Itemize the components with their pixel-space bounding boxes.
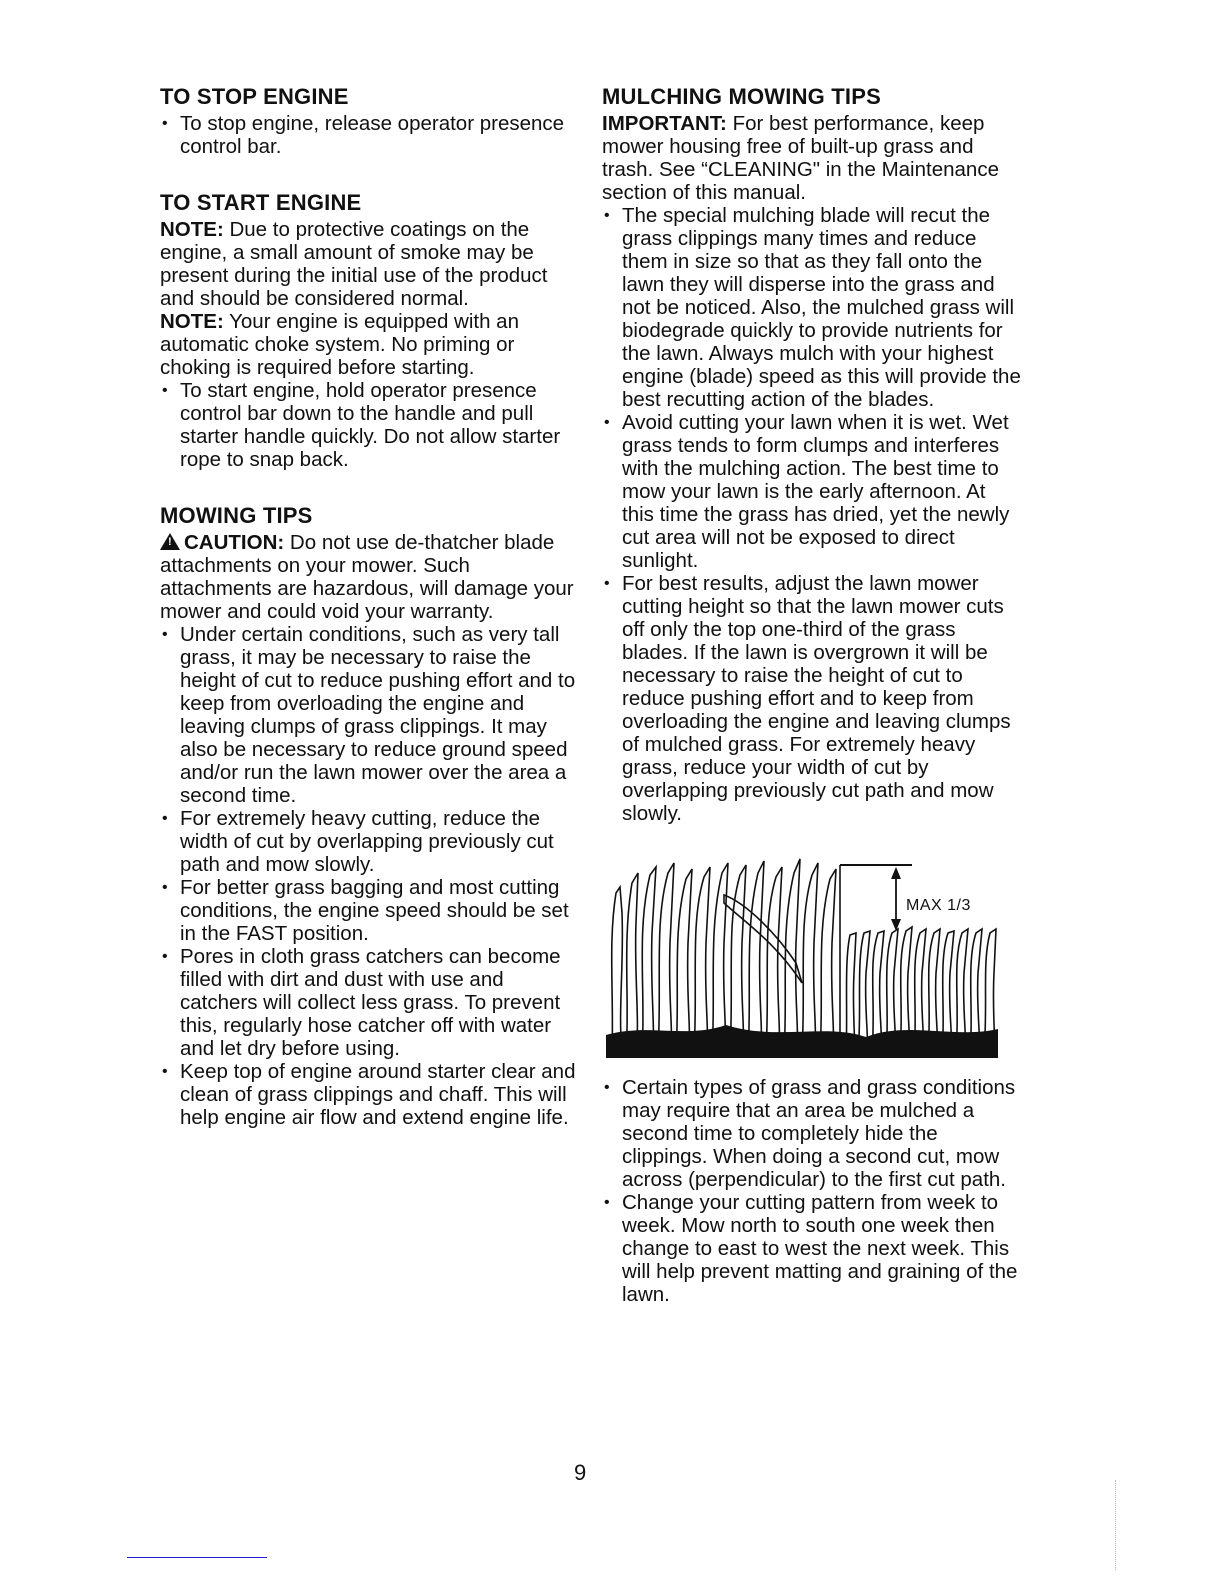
left-column: TO STOP ENGINE To stop engine, release o… bbox=[160, 84, 580, 1129]
list-item: Under certain conditions, such as very t… bbox=[160, 623, 580, 807]
caution-paragraph: CAUTION: Do not use de-thatcher blade at… bbox=[160, 531, 580, 623]
start-engine-list: To start engine, hold operator presence … bbox=[160, 379, 580, 471]
list-item: Avoid cutting your lawn when it is wet. … bbox=[602, 411, 1022, 572]
list-item: For better grass bagging and most cuttin… bbox=[160, 876, 580, 945]
list-item: The special mulching blade will recut th… bbox=[602, 204, 1022, 411]
list-item: For extremely heavy cutting, reduce the … bbox=[160, 807, 580, 876]
mowing-tips-heading: MOWING TIPS bbox=[160, 503, 580, 529]
important-paragraph: IMPORTANT: For best performance, keep mo… bbox=[602, 112, 1022, 204]
list-item: Pores in cloth grass catchers can become… bbox=[160, 945, 580, 1060]
stop-engine-list: To stop engine, release operator presenc… bbox=[160, 112, 580, 158]
warning-triangle-icon bbox=[160, 533, 180, 550]
mulching-tips-list: The special mulching blade will recut th… bbox=[602, 204, 1022, 825]
list-item: To stop engine, release operator presenc… bbox=[160, 112, 580, 158]
stop-engine-section: TO STOP ENGINE To stop engine, release o… bbox=[160, 84, 580, 158]
start-engine-section: TO START ENGINE NOTE: Due to protective … bbox=[160, 190, 580, 471]
mulching-tips-list-continued: Certain types of grass and grass conditi… bbox=[602, 1076, 1022, 1306]
mulching-tips-heading: MULCHING MOWING TIPS bbox=[602, 84, 1022, 110]
max-one-third-label: MAX 1/3 bbox=[906, 894, 971, 917]
list-item: Certain types of grass and grass conditi… bbox=[602, 1076, 1022, 1191]
mowing-tips-list: Under certain conditions, such as very t… bbox=[160, 623, 580, 1129]
grass-cutting-height-illustration: MAX 1/3 bbox=[606, 853, 998, 1058]
page-number: 9 bbox=[574, 1460, 586, 1486]
list-item: For best results, adjust the lawn mower … bbox=[602, 572, 1022, 825]
mulching-tips-section: MULCHING MOWING TIPS IMPORTANT: For best… bbox=[602, 84, 1022, 1306]
list-item: Keep top of engine around starter clear … bbox=[160, 1060, 580, 1129]
start-engine-heading: TO START ENGINE bbox=[160, 190, 580, 216]
note-paragraph: NOTE: Due to protective coatings on the … bbox=[160, 218, 580, 310]
grass-icon bbox=[606, 853, 998, 1058]
right-column: MULCHING MOWING TIPS IMPORTANT: For best… bbox=[602, 84, 1022, 1306]
note-paragraph: NOTE: Your engine is equipped with an au… bbox=[160, 310, 580, 379]
footer-rule bbox=[127, 1557, 267, 1558]
caution-label: CAUTION: bbox=[184, 531, 284, 554]
important-label: IMPORTANT: bbox=[602, 112, 727, 135]
margin-dots bbox=[1115, 1480, 1117, 1570]
note-label: NOTE: bbox=[160, 310, 224, 333]
list-item: Change your cutting pattern from week to… bbox=[602, 1191, 1022, 1306]
mowing-tips-section: MOWING TIPS CAUTION: Do not use de-thatc… bbox=[160, 503, 580, 1129]
stop-engine-heading: TO STOP ENGINE bbox=[160, 84, 580, 110]
list-item: To start engine, hold operator presence … bbox=[160, 379, 580, 471]
note-label: NOTE: bbox=[160, 218, 224, 241]
